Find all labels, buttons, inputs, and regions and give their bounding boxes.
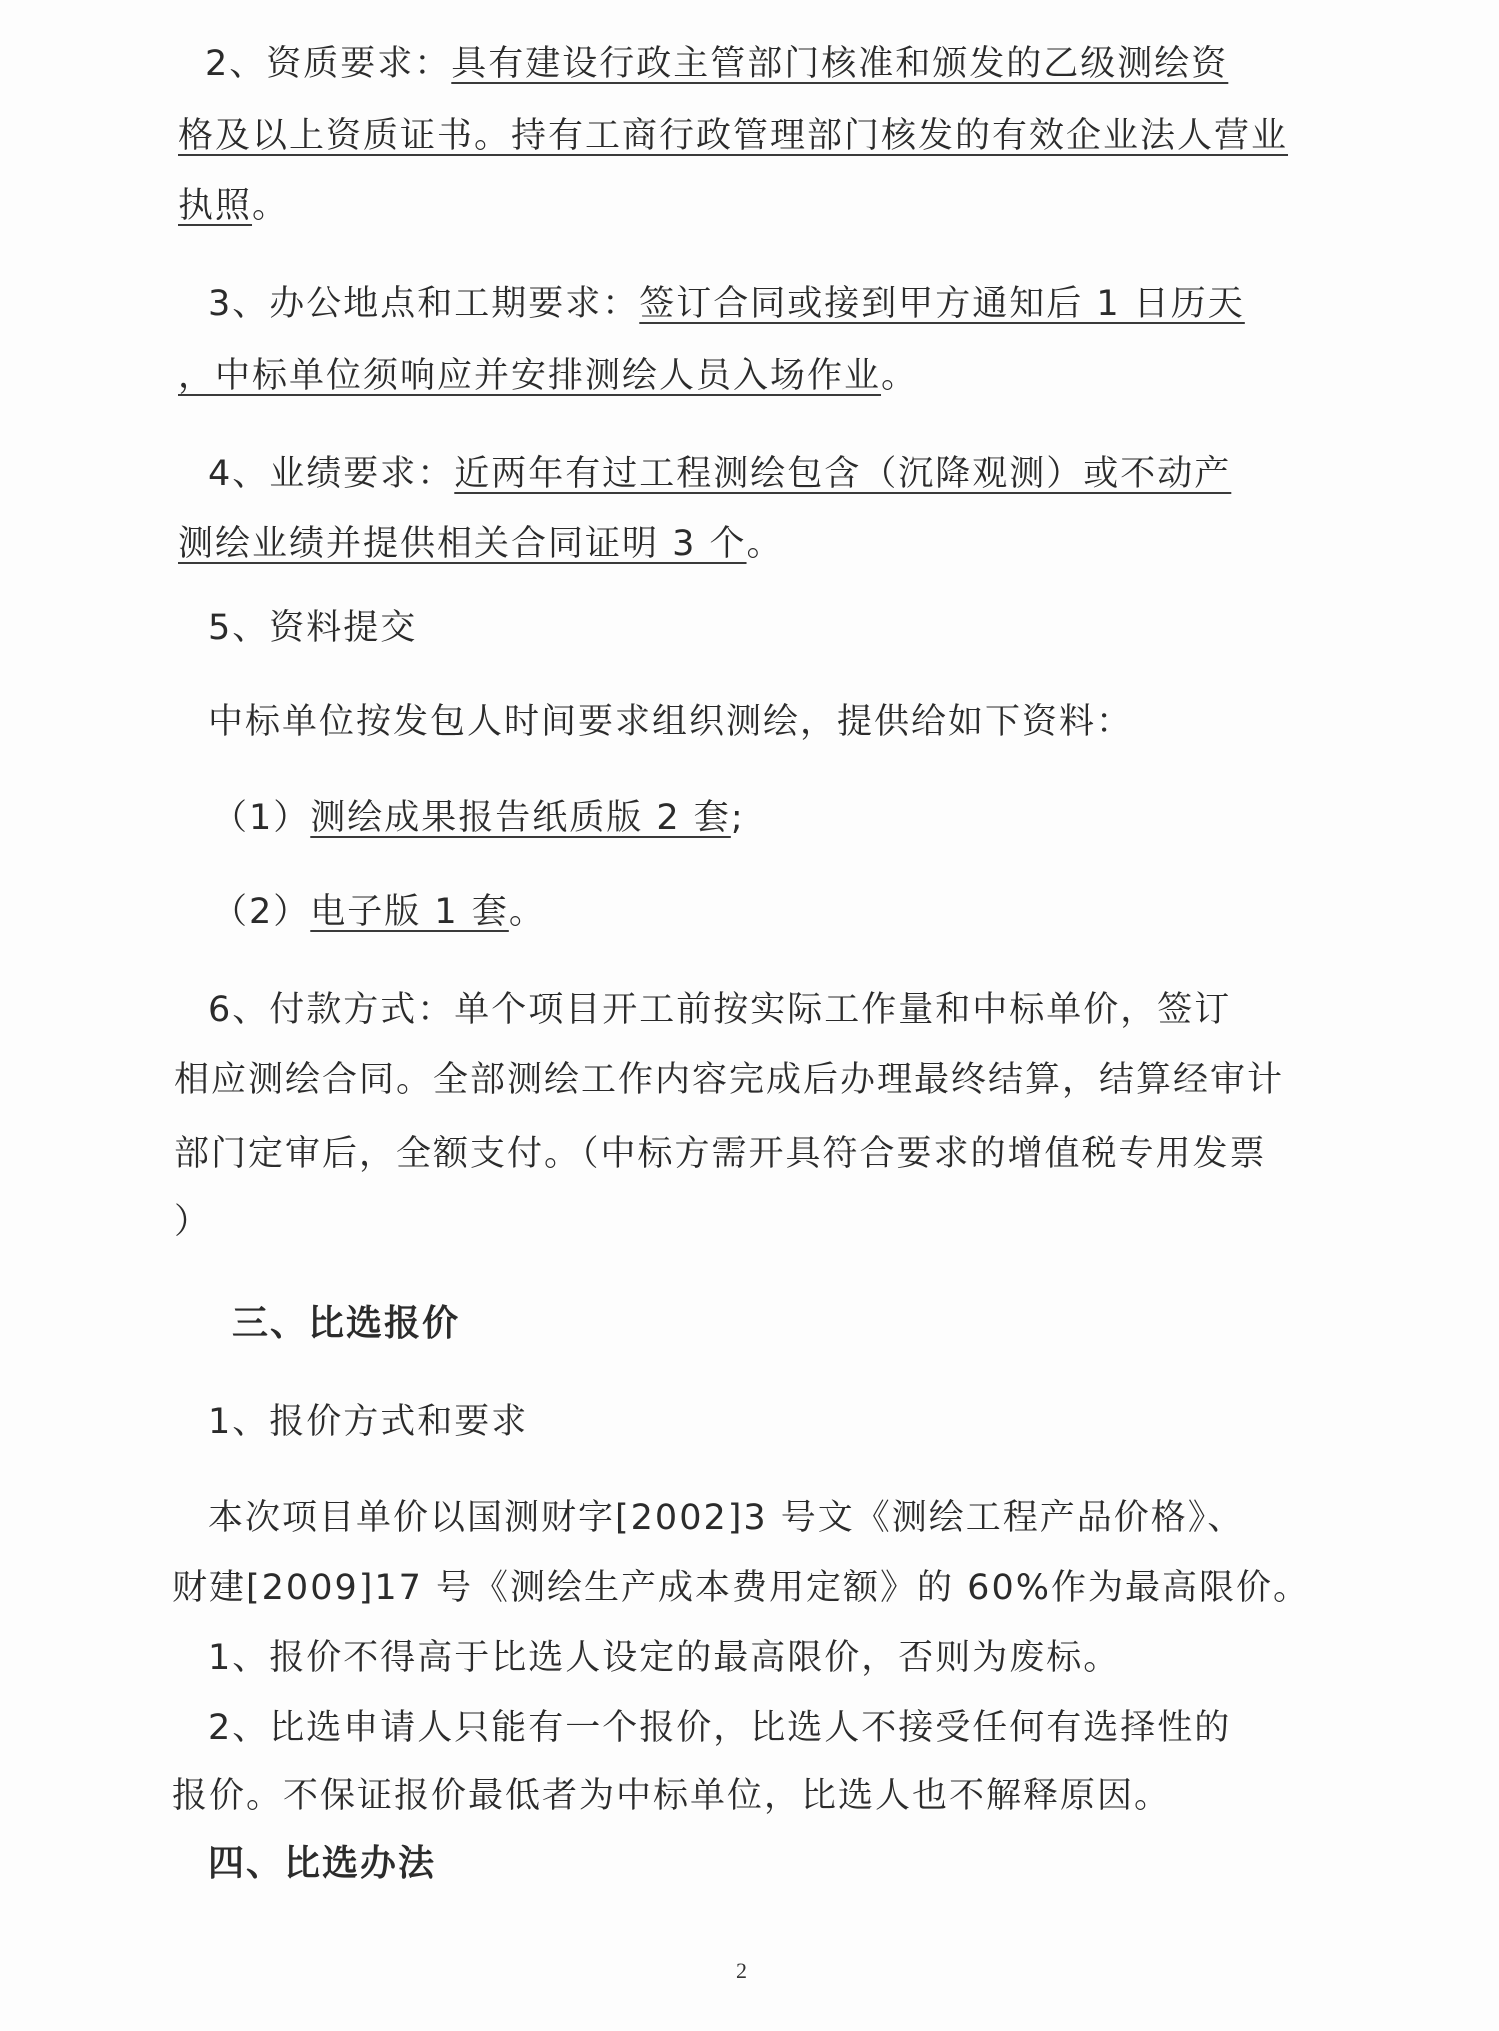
payment-line-1: 6、付款方式：单个项目开工前按实际工作量和中标单价，签订 [208,988,1231,1032]
pricing-subheading: 1、报价方式和要求 [208,1400,528,1444]
materials-heading: 5、资料提交 [208,606,417,650]
performance-text: 近两年有过工程测绘包含（沉降观测）或不动产 [454,454,1231,494]
materials-item-1-text: 测绘成果报告纸质版 2 套 [310,798,731,838]
office-schedule-line-2: ，中标单位须响应并安排测绘人员入场作业。 [178,354,918,398]
performance-line-2: 测绘业绩并提供相关合同证明 3 个。 [178,522,784,566]
office-schedule-text-2: ，中标单位须响应并安排测绘人员入场作业 [178,356,881,396]
performance-line-1: 4、业绩要求：近两年有过工程测绘包含（沉降观测）或不动产 [208,452,1231,496]
qualification-requirement-text-3: 执照 [178,186,252,226]
payment-line-2: 相应测绘合同。全部测绘工作内容完成后办理最终结算，结算经审计 [174,1058,1284,1102]
pricing-rule-1: 1、报价不得高于比选人设定的最高限价，否则为废标。 [208,1636,1120,1680]
office-schedule-label: 3、办公地点和工期要求： [208,284,639,324]
pricing-paragraph-line-1: 本次项目单价以国测财字[2002]3 号文《测绘工程产品价格》、 [208,1496,1244,1540]
pricing-paragraph-line-2: 财建[2009]17 号《测绘生产成本费用定额》的 60%作为最高限价。 [172,1566,1310,1610]
payment-line-4: ） [174,1200,211,1244]
pricing-rule-2-line-1: 2、比选申请人只能有一个报价，比选人不接受任何有选择性的 [208,1706,1231,1750]
qualification-requirement-text-2: 格及以上资质证书。持有工商行政管理部门核发的有效企业法人营业 [178,116,1288,156]
punctuation: 。 [881,356,918,396]
office-schedule-line-1: 3、办公地点和工期要求：签订合同或接到甲方通知后 1 日历天 [208,282,1245,326]
punctuation: ; [731,798,745,838]
punctuation: 。 [747,524,784,564]
performance-text-2: 测绘业绩并提供相关合同证明 3 个 [178,524,747,564]
item-number: （1） [212,798,310,838]
item-number: （2） [212,892,310,932]
office-schedule-text: 签订合同或接到甲方通知后 1 日历天 [639,284,1245,324]
qualification-label: 2、资质要求： [205,44,451,84]
pricing-heading: 三、比选报价 [232,1302,460,1346]
materials-intro: 中标单位按发包人时间要求组织测绘，提供给如下资料： [208,700,1133,744]
method-heading: 四、比选办法 [208,1842,436,1886]
document-page: 2、资质要求：具有建设行政主管部门核准和颁发的乙级测绘资 格及以上资质证书。持有… [0,0,1499,2031]
performance-label: 4、业绩要求： [208,454,454,494]
qualification-requirement-text: 具有建设行政主管部门核准和颁发的乙级测绘资 [451,44,1228,84]
page-number: 2 [736,1958,747,1984]
materials-item-2: （2）电子版 1 套。 [212,890,546,934]
qualification-line-3: 执照。 [178,184,289,228]
materials-item-2-text: 电子版 1 套 [310,892,509,932]
qualification-line-1: 2、资质要求：具有建设行政主管部门核准和颁发的乙级测绘资 [205,42,1228,86]
payment-line-3: 部门定审后，全额支付。（中标方需开具符合要求的增值税专用发票 [174,1132,1267,1176]
qualification-line-2: 格及以上资质证书。持有工商行政管理部门核发的有效企业法人营业 [178,114,1288,158]
materials-item-1: （1）测绘成果报告纸质版 2 套; [212,796,745,840]
punctuation: 。 [252,186,289,226]
pricing-rule-2-line-2: 报价。不保证报价最低者为中标单位，比选人也不解释原因。 [172,1774,1171,1818]
punctuation: 。 [509,892,546,932]
